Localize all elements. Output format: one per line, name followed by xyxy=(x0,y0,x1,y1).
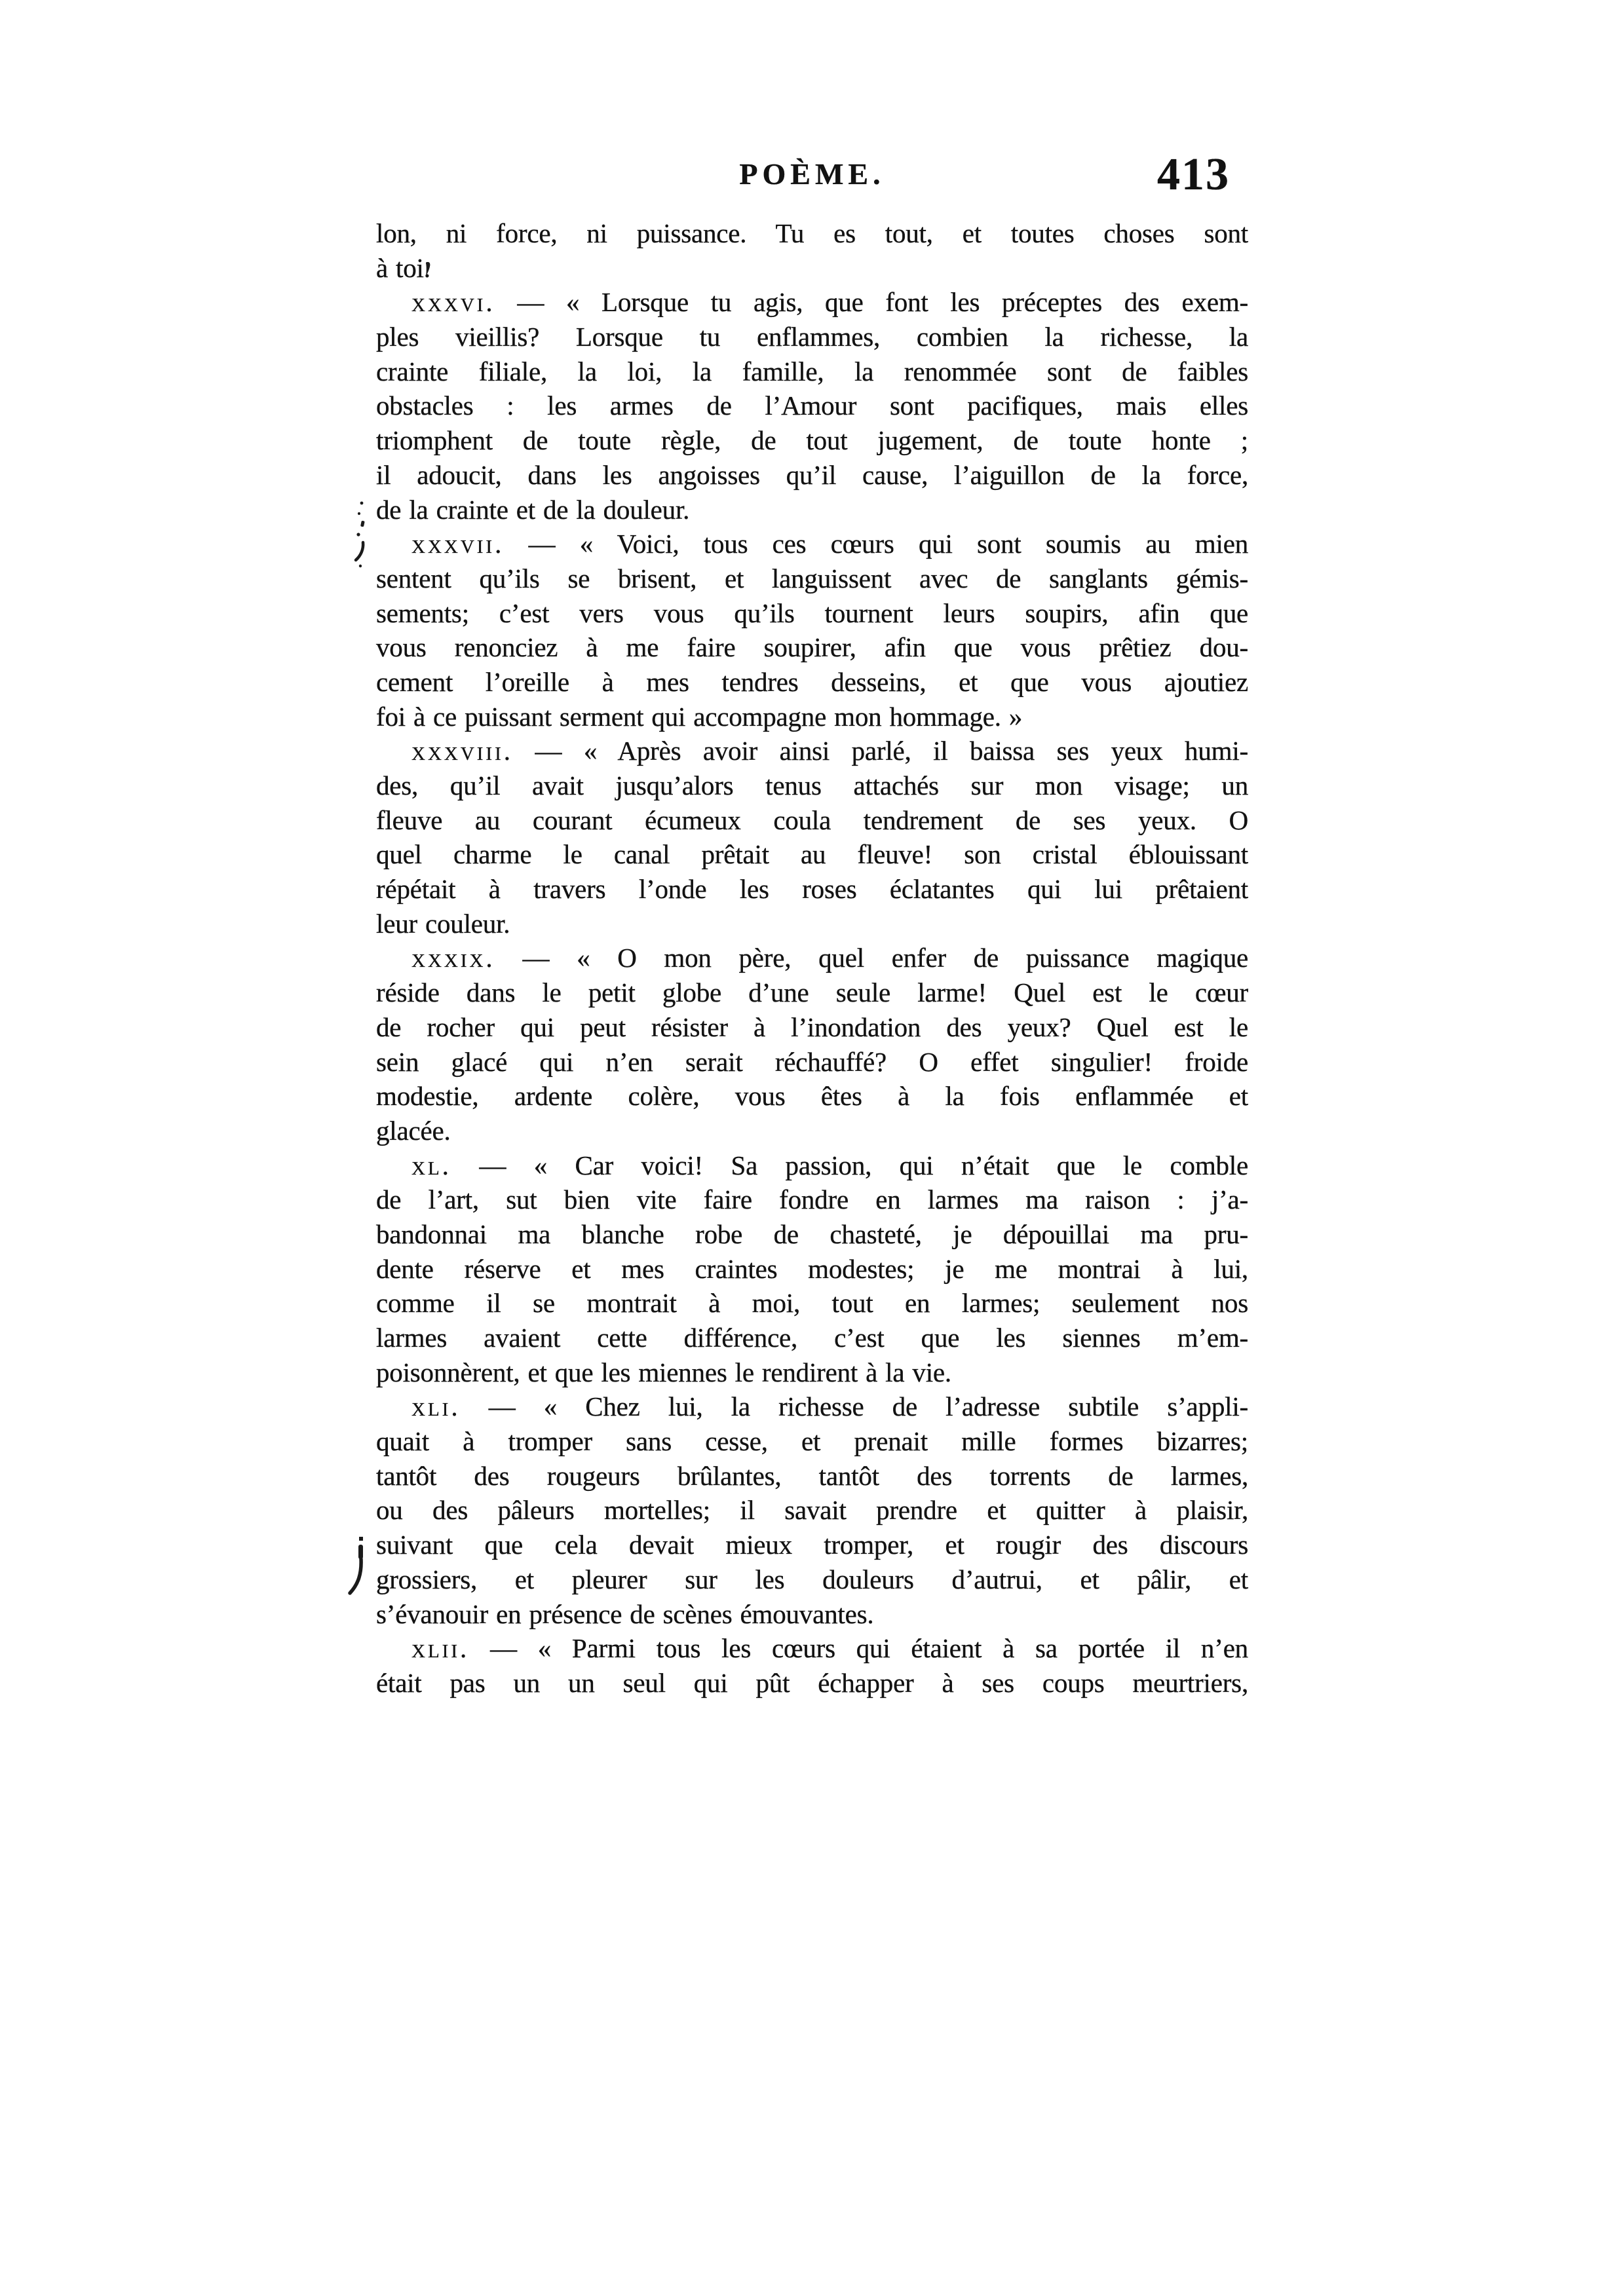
text-line: sein glacé qui n’en serait réchauffé? O … xyxy=(376,1045,1248,1080)
text-line: sentent qu’ils se brisent, et languissen… xyxy=(376,561,1248,596)
text-line: poisonnèrent, et que les miennes le rend… xyxy=(376,1355,1248,1390)
text-block: lon, ni force, ni puissance. Tu es tout,… xyxy=(376,216,1248,1701)
text-line: grossiers, et pleurer sur les douleurs d… xyxy=(376,1562,1248,1597)
text-line: vous renonciez à me faire soupirer, afin… xyxy=(376,630,1248,665)
text-line: de l’art, sut bien vite faire fondre en … xyxy=(376,1182,1248,1217)
text-line: des, qu’il avait jusqu’alors tenus attac… xyxy=(376,768,1248,803)
text-line: s’évanouir en présence de scènes émouvan… xyxy=(376,1597,1248,1632)
text-line: ou des pâleurs mortelles; il savait pren… xyxy=(376,1493,1248,1528)
text-line: quait à tromper sans cesse, et prenait m… xyxy=(376,1424,1248,1459)
text-line: répétait à travers l’onde les roses écla… xyxy=(376,872,1248,907)
text-line: réside dans le petit globe d’une seule l… xyxy=(376,975,1248,1010)
paragraph-number: xxxvii. xyxy=(411,529,504,559)
text-line: xl. — « Car voici! Sa passion, qui n’éta… xyxy=(376,1148,1248,1183)
text-line: cement l’oreille à mes tendres desseins,… xyxy=(376,665,1248,700)
text-line: xxxvii. — « Voici, tous ces cœurs qui so… xyxy=(376,527,1248,561)
text-line: il adoucit, dans les angoisses qu’il cau… xyxy=(376,458,1248,493)
book-page: POÈME. 413 lon, ni force, ni puissance. … xyxy=(0,0,1623,2296)
text-line: crainte filiale, la loi, la famille, la … xyxy=(376,354,1248,389)
text-line: ples vieillis? Lorsque tu enflammes, com… xyxy=(376,320,1248,354)
text-line: glacée. xyxy=(376,1114,1248,1148)
running-header: POÈME. xyxy=(376,159,1248,189)
text-line: obstacles : les armes de l’Amour sont pa… xyxy=(376,388,1248,423)
paragraph-number: xl. xyxy=(411,1150,451,1180)
text-line: dente réserve et mes craintes modestes; … xyxy=(376,1252,1248,1287)
page-number: 413 xyxy=(1157,152,1230,198)
text-line: xxxvi. — « Lorsque tu agis, que font les… xyxy=(376,285,1248,320)
text-line: modestie, ardente colère, vous êtes à la… xyxy=(376,1079,1248,1114)
text-line: bandonnai ma blanche robe de chasteté, j… xyxy=(376,1217,1248,1252)
text-line: suivant que cela devait mieux tromper, e… xyxy=(376,1528,1248,1562)
text-line: xlii. — « Parmi tous les cœurs qui étaie… xyxy=(376,1631,1248,1666)
text-line: xli. — « Chez lui, la richesse de l’adre… xyxy=(376,1389,1248,1424)
text-line: comme il se montrait à moi, tout en larm… xyxy=(376,1286,1248,1321)
text-line: était pas un un seul qui pût échapper à … xyxy=(376,1666,1248,1701)
paragraph-number: xxxvi. xyxy=(411,287,495,317)
text-line: quel charme le canal prêtait au fleuve! … xyxy=(376,837,1248,872)
text-line: à toi. xyxy=(376,251,1248,286)
text-line: foi à ce puissant serment qui accompagne… xyxy=(376,700,1248,734)
ink-squiggle xyxy=(351,498,373,570)
paragraph-number: xli. xyxy=(411,1391,461,1421)
text-line: sements; c’est vers vous qu’ils tournent… xyxy=(376,596,1248,631)
paragraph-number: xlii. xyxy=(411,1633,469,1663)
ink-bracket xyxy=(346,1533,375,1601)
text-line: fleuve au courant écumeux coula tendreme… xyxy=(376,803,1248,838)
text-line: xxxix. — « O mon père, quel enfer de pui… xyxy=(376,941,1248,975)
text-line: leur couleur. xyxy=(376,907,1248,941)
text-line: triomphent de toute règle, de tout jugem… xyxy=(376,423,1248,458)
text-line: de la crainte et de la douleur. xyxy=(376,493,1248,527)
text-line: lon, ni force, ni puissance. Tu es tout,… xyxy=(376,216,1248,251)
text-line: larmes avaient cette différence, c’est q… xyxy=(376,1321,1248,1355)
paragraph-number: xxxix. xyxy=(411,943,495,973)
paragraph-number: xxxviii. xyxy=(411,736,513,766)
text-line: de rocher qui peut résister à l’inondati… xyxy=(376,1010,1248,1045)
text-line: tantôt des rougeurs brûlantes, tantôt de… xyxy=(376,1459,1248,1494)
text-line: xxxviii. — « Après avoir ainsi parlé, il… xyxy=(376,734,1248,768)
